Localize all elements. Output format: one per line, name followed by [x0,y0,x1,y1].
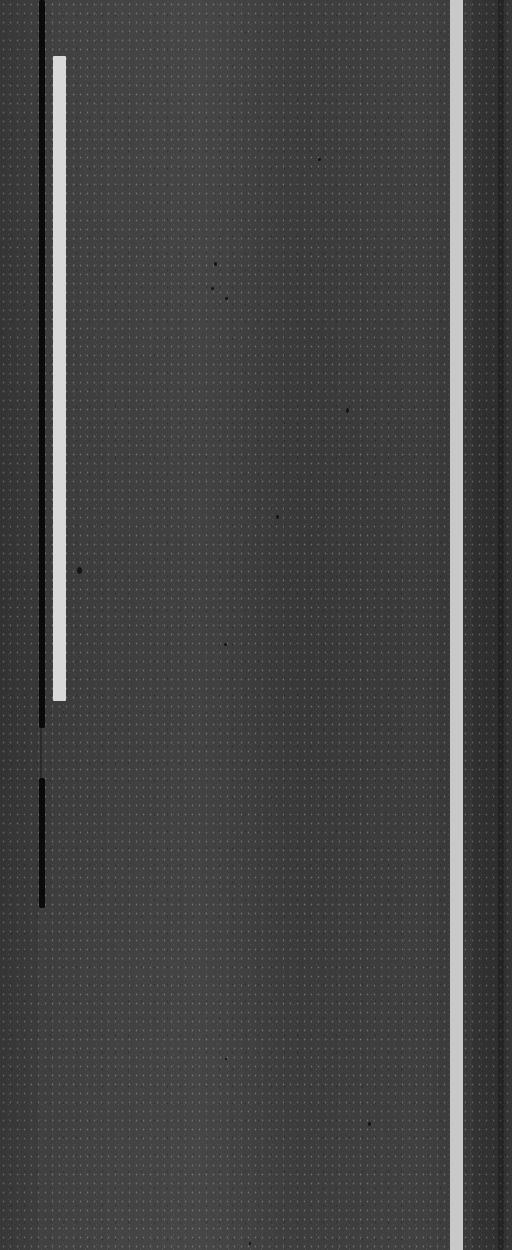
surface-spot [214,262,217,266]
lane-marking-dash [53,56,66,701]
longitudinal-crack-lower [39,778,45,908]
surface-spot [368,1122,371,1126]
surface-spot [249,1242,251,1245]
surface-spot [77,567,82,574]
edge-line-marking [450,0,463,1250]
surface-spot [276,515,279,519]
right-pavement-seam [498,0,504,1250]
longitudinal-crack-gap [40,728,42,778]
surface-spot [318,158,321,161]
surface-spot [224,643,227,646]
surface-spot [225,297,228,300]
longitudinal-crack-upper [39,0,45,728]
asphalt-texture [0,0,512,1250]
surface-spot [225,1058,227,1060]
left-shoulder [0,0,38,1250]
surface-spot [346,408,349,413]
surface-spot [211,287,214,290]
right-shoulder [472,0,512,1250]
road-surface-image [0,0,512,1250]
